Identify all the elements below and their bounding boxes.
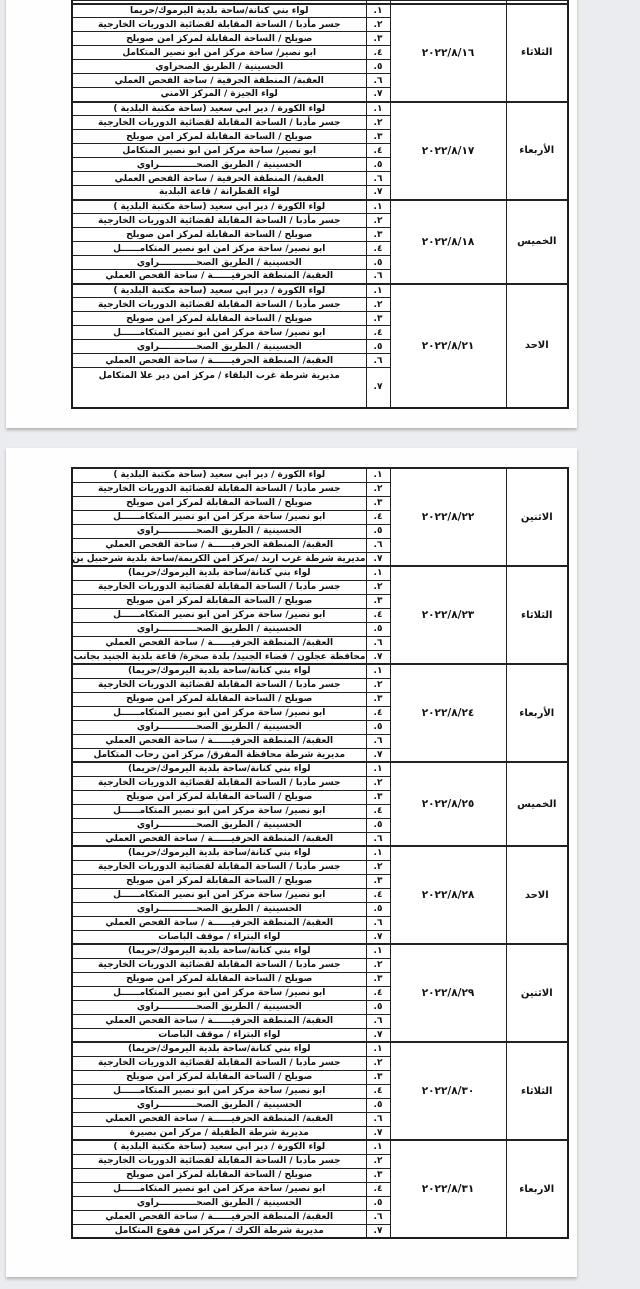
row-number-cell: ٤. [366,1182,390,1196]
row-number-cell: ٣. [366,972,390,986]
date-cell: ٢٠٢٢/٨/٣٠ [390,1042,506,1140]
schedule-row: الخميس٢٠٢٢/٨/٢٥١.لواء بني كنانة/ساحة بلد… [72,762,568,776]
row-number-cell: ٢. [366,116,390,130]
schedule-row: الاحد٢٠٢٢/٨/٢٨١.لواء بني كنانة/ساحة بلدي… [72,846,568,860]
row-number-cell: ١. [366,200,390,214]
row-number-cell: ٦. [366,636,390,650]
row-number-cell: ٤. [366,1084,390,1098]
date-cell: ٢٠٢٢/٨/٣١ [390,1140,506,1238]
row-number-cell: ٤. [366,46,390,60]
location-cell: صويلح / الساحة المقابلة لمركز امن صويلح [72,228,366,242]
row-number-cell: ٣. [366,790,390,804]
row-number-cell: ٢. [366,678,390,692]
row-number-cell: ٧. [366,1126,390,1140]
row-number-cell: ٥. [366,60,390,74]
location-cell: لواء القطرانة / قاعة البلدية [72,186,366,200]
row-number-cell: ٢. [366,298,390,312]
row-number-cell: ٥. [366,524,390,538]
location-cell: ابو نصير/ ساحة مركز امن ابو نصير المتكام… [72,1084,366,1098]
day-cell: الاحد [506,846,568,944]
location-cell: العقبة/ المنطقة الحرفيــــــة / ساحة الف… [72,1210,366,1224]
day-cell: الاربعاء [506,1140,568,1238]
row-number-cell: ٧. [366,368,390,408]
date-cell: ٢٠٢٢/٨/١٦ [390,4,506,102]
location-cell: لواء الكورة / دير ابي سعيد (ساحة مكتبة ا… [72,200,366,214]
date-cell: ٢٠٢٢/٨/١٧ [390,102,506,200]
location-cell: لواء بني كنانة/ساحة بلدية اليرموك/حريما) [72,846,366,860]
schedule-row: الاثنين٢٠٢٢/٨/٢٢١.لواء الكورة / دير ابي … [72,468,568,482]
schedule-row: الثلاثاء٢٠٢٢/٨/١٦١.لواء بني كنانة/ساحة ب… [72,4,568,18]
scanned-page-2: الاثنين٢٠٢٢/٨/٢٢١.لواء الكورة / دير ابي … [6,448,577,1277]
day-cell: الأربعاء [506,664,568,762]
location-cell: ابو نصير/ ساحة مركز امن ابو نصير المتكام… [72,242,366,256]
location-cell: لواء البتراء / موقف الباصات [72,930,366,944]
row-number-cell: ١. [366,102,390,116]
location-cell: العقبة/ المنطقة الحرفيــــــة / ساحة الف… [72,1014,366,1028]
location-cell: لواء الكورة / دير ابي سعيد (ساحة مكتبة ا… [72,1140,366,1154]
location-cell: لواء بني كنانة/ساحة بلدية اليرموك/حريما) [72,566,366,580]
row-number-cell: ٦. [366,172,390,186]
location-cell: لواء بني كنانة/ساحة بلدية اليرموك/حريما) [72,762,366,776]
row-number-cell: ٢. [366,1154,390,1168]
row-number-cell: ٤. [366,242,390,256]
row-number-cell: ٥. [366,622,390,636]
row-number-cell: ٢. [366,1056,390,1070]
location-cell: صويلح / الساحة المقابلة لمركز امن صويلح [72,130,366,144]
row-number-cell: ٣. [366,312,390,326]
row-number-cell: ١. [366,468,390,482]
location-cell: الحسينية / الطريق الصحــــــــــــراوي [72,1000,366,1014]
schedule-table-week2: الاثنين٢٠٢٢/٨/٢٢١.لواء الكورة / دير ابي … [71,467,569,1239]
row-number-cell: ١. [366,1140,390,1154]
row-number-cell: ٥. [366,256,390,270]
location-cell: جسر مأدبا / الساحة المقابلة لقضائية الدو… [72,116,366,130]
day-cell: الخميس [506,200,568,284]
location-cell: العقبة/ المنطقة الحرفية / ساحة الفحص الع… [72,172,366,186]
location-cell: الحسينية / الطريق الصحــــــــــــراوي [72,1196,366,1210]
row-number-cell: ٤. [366,608,390,622]
date-cell: ٢٠٢٢/٨/٢١ [390,284,506,408]
row-number-cell: ٤. [366,326,390,340]
location-cell: العقبة/ المنطقة الحرفيــــــة / ساحة الف… [72,270,366,284]
location-cell: ابو نصير/ ساحة مركز امن ابو نصير المتكام… [72,706,366,720]
row-number-cell: ٤. [366,706,390,720]
row-number-cell: ٥. [366,340,390,354]
row-number-cell: ١. [366,4,390,18]
location-cell: العقبة/ المنطقة الحرفيــــــة / ساحة الف… [72,354,366,368]
row-number-cell: ٦. [366,1014,390,1028]
location-cell: لواء بني كنانة/ساحة بلدية اليرموك/حريما) [72,664,366,678]
day-cell: الاثنين [506,468,568,566]
date-cell: ٢٠٢٢/٨/٢٨ [390,846,506,944]
row-number-cell: ١. [366,664,390,678]
location-cell: العقبة/ المنطقة الحرفيــــــة / ساحة الف… [72,538,366,552]
location-cell: جسر مأدبا / الساحة المقابلة لقضائية الدو… [72,1056,366,1070]
row-number-cell: ٢. [366,214,390,228]
row-number-cell: ٣. [366,228,390,242]
day-cell: الثلاثاء [506,4,568,102]
date-cell: ٢٠٢٢/٨/٢٩ [390,944,506,1042]
row-number-cell: ٥. [366,1098,390,1112]
location-cell: الحسينية / الطريق الصحــــــــــــراوي [72,1098,366,1112]
location-cell: مديرية شرطة الطفيلة / مركز امن بصيرة [72,1126,366,1140]
row-number-cell: ٤. [366,986,390,1000]
location-cell: صويلح / الساحة المقابلة لمركز امن صويلح [72,594,366,608]
location-cell: الحسينية / الطريق الصحــــــــــــراوي [72,818,366,832]
row-number-cell: ٦. [366,734,390,748]
location-cell: صويلح / الساحة المقابلة لمركز امن صويلح [72,312,366,326]
location-cell: العقبة/ المنطقة الحرفيــــــة / ساحة الف… [72,916,366,930]
row-number-cell: ٦. [366,74,390,88]
location-cell: لواء بني كنانة/ساحة بلدية اليرموك/حريما) [72,944,366,958]
schedule-row: الثلاثاء٢٠٢٢/٨/٣٠١.لواء بني كنانة/ساحة ب… [72,1042,568,1056]
row-number-cell: ٦. [366,832,390,846]
location-cell: جسر مأدبا / الساحة المقابلة لقضائية الدو… [72,776,366,790]
row-number-cell: ١. [366,1042,390,1056]
row-number-cell: ٦. [366,354,390,368]
row-number-cell: ٢. [366,860,390,874]
row-number-cell: ١. [366,944,390,958]
row-number-cell: ٣. [366,496,390,510]
location-cell: صويلح / الساحة المقابلة لمركز امن صويلح [72,972,366,986]
date-cell: ٢٠٢٢/٨/٢٥ [390,762,506,846]
date-cell: ٢٠٢٢/٨/٢٢ [390,468,506,566]
location-cell: العقبة/ المنطقة الحرفيــــــة / ساحة الف… [72,1112,366,1126]
location-cell: الحسينية / الطريق الصحــــــــــــراوي [72,158,366,172]
location-cell: صويلح / الساحة المقابلة لمركز امن صويلح [72,1168,366,1182]
row-number-cell: ٢. [366,580,390,594]
row-number-cell: ١. [366,566,390,580]
location-cell: صويلح / الساحة المقابلة لمركز امن صويلح [72,32,366,46]
row-number-cell: ٧. [366,650,390,664]
schedule-row: الثلاثاء٢٠٢٢/٨/٢٣١.لواء بني كنانة/ساحة ب… [72,566,568,580]
day-cell: الثلاثاء [506,566,568,664]
row-number-cell: ٥. [366,1196,390,1210]
row-number-cell: ٤. [366,804,390,818]
location-cell: ابو نصير/ ساحة مركز امن ابو نصير المتكام… [72,510,366,524]
location-cell: العقبة/ المنطقة الحرفيــــــة / ساحة الف… [72,734,366,748]
location-cell: جسر مأدبا / الساحة المقابلة لقضائية الدو… [72,958,366,972]
location-cell: صويلح / الساحة المقابلة لمركز امن صويلح [72,1070,366,1084]
document-viewer: الثلاثاء٢٠٢٢/٨/١٦١.لواء بني كنانة/ساحة ب… [0,0,640,1289]
schedule-row: الأربعاء٢٠٢٢/٨/١٧١.لواء الكورة / دير ابي… [72,102,568,116]
row-number-cell: ٥. [366,818,390,832]
location-cell: محافظة عجلون / قضاء الجنيد/ بلدة صخرة/ ق… [72,650,366,664]
location-cell: صويلح / الساحة المقابلة لمركز امن صويلح [72,874,366,888]
row-number-cell: ٤. [366,144,390,158]
location-cell: الحسينية / الطريق الصحــــــــــــراوي [72,340,366,354]
row-number-cell: ٣. [366,692,390,706]
location-cell: جسر مأدبا / الساحة المقابلة لقضائية الدو… [72,214,366,228]
location-cell: لواء بني كنانة/ساحة بلدية اليرموك/حريما) [72,1042,366,1056]
schedule-row: الاحد٢٠٢٢/٨/٢١١.لواء الكورة / دير ابي سع… [72,284,568,298]
location-cell: لواء البتراء / موقف الباصات [72,1028,366,1042]
schedule-row: الاربعاء٢٠٢٢/٨/٣١١.لواء الكورة / دير ابي… [72,1140,568,1154]
row-number-cell: ٧. [366,1224,390,1238]
location-cell: لواء بني كنانة/ساحة بلدية اليرموك/حريما [72,4,366,18]
location-cell: صويلح / الساحة المقابلة لمركز امن صويلح [72,790,366,804]
row-number-cell: ٣. [366,1168,390,1182]
location-cell: جسر مأدبا / الساحة المقابلة لقضائية الدو… [72,18,366,32]
row-number-cell: ١. [366,762,390,776]
row-number-cell: ٦. [366,1112,390,1126]
schedule-row: الأربعاء٢٠٢٢/٨/٢٤١.لواء بني كنانة/ساحة ب… [72,664,568,678]
row-number-cell: ٢. [366,482,390,496]
location-cell: جسر مأدبا / الساحة المقابلة لقضائية الدو… [72,678,366,692]
day-cell: الاثنين [506,944,568,1042]
date-cell: ٢٠٢٢/٨/٢٣ [390,566,506,664]
row-number-cell: ٤. [366,888,390,902]
schedule-row: الاثنين٢٠٢٢/٨/٢٩١.لواء بني كنانة/ساحة بل… [72,944,568,958]
location-cell: لواء الكورة / دير ابي سعيد (ساحة مكتبة ا… [72,284,366,298]
day-cell: الخميس [506,762,568,846]
location-cell: مديرية شرطة غرب البلقاء / مركز امن دير ع… [72,368,366,408]
schedule-row: الخميس٢٠٢٢/٨/١٨١.لواء الكورة / دير ابي س… [72,200,568,214]
row-number-cell: ٢. [366,776,390,790]
location-cell: الحسينية / الطريق الصحــــــــــــراوي [72,524,366,538]
scanned-page-1: الثلاثاء٢٠٢٢/٨/١٦١.لواء بني كنانة/ساحة ب… [6,0,577,428]
location-cell: مديرية شرطة غرب اربد /مركز امن الكريمة/س… [72,552,366,566]
location-cell: الحسينية / الطريق الصحــــــــــــراوي [72,256,366,270]
location-cell: مديرية شرطة الكرك / مركز امن فقوع المتكا… [72,1224,366,1238]
location-cell: العقبة/ المنطقة الحرفيــــــة / ساحة الف… [72,832,366,846]
date-cell: ٢٠٢٢/٨/١٨ [390,200,506,284]
location-cell: الحسينية / الطريق الصحــــــــــــراوي [72,622,366,636]
row-number-cell: ٣. [366,874,390,888]
location-cell: الحسينية / الطريق الصحــــــــــــراوي [72,720,366,734]
location-cell: صويلح / الساحة المقابلة لمركز امن صويلح [72,496,366,510]
row-number-cell: ٧. [366,552,390,566]
location-cell: صويلح / الساحة المقابلة لمركز امن صويلح [72,692,366,706]
row-number-cell: ٧. [366,1028,390,1042]
location-cell: الحسينية / الطريق الصحــــــــــــراوي [72,902,366,916]
location-cell: ابو نصير/ ساحة مركز امن ابو نصير المتكام… [72,1182,366,1196]
location-cell: ابو نصير/ ساحة مركز امن ابو نصير المتكام… [72,608,366,622]
location-cell: الحسينية / الطريق الصحراوي [72,60,366,74]
row-number-cell: ٧. [366,748,390,762]
row-number-cell: ٣. [366,594,390,608]
location-cell: لواء الكورة / دير ابي سعيد (ساحة مكتبة ا… [72,102,366,116]
row-number-cell: ٧. [366,930,390,944]
row-number-cell: ٥. [366,902,390,916]
row-number-cell: ٧. [366,88,390,102]
location-cell: لواء الجيزة / المركز الامني [72,88,366,102]
row-number-cell: ٦. [366,270,390,284]
row-number-cell: ١. [366,284,390,298]
location-cell: ابو نصير/ ساحة مركز امن ابو نصير المتكام… [72,888,366,902]
row-number-cell: ٢. [366,18,390,32]
location-cell: ابو نصير/ ساحة مركز امن ابو نصير المتكام… [72,144,366,158]
row-number-cell: ٣. [366,1070,390,1084]
location-cell: جسر مأدبا / الساحة المقابلة لقضائية الدو… [72,1154,366,1168]
row-number-cell: ٣. [366,130,390,144]
location-cell: العقبة/ المنطقة الحرفيــــــة / ساحة الف… [72,636,366,650]
location-cell: مديرية شرطة محافظة المفرق/ مركز امن رحاب… [72,748,366,762]
date-cell: ٢٠٢٢/٨/٢٤ [390,664,506,762]
row-number-cell: ٥. [366,1000,390,1014]
schedule-table-week1: الثلاثاء٢٠٢٢/٨/١٦١.لواء بني كنانة/ساحة ب… [71,0,569,409]
location-cell: العقبة/ المنطقة الحرفية / ساحة الفحص الع… [72,74,366,88]
location-cell: ابو نصير/ ساحة مركز امن ابو نصير المتكام… [72,46,366,60]
location-cell: ابو نصير/ ساحة مركز امن ابو نصير المتكام… [72,326,366,340]
location-cell: ابو نصير/ ساحة مركز امن ابو نصير المتكام… [72,804,366,818]
row-number-cell: ٣. [366,32,390,46]
location-cell: جسر مأدبا / الساحة المقابلة لقضائية الدو… [72,580,366,594]
row-number-cell: ٦. [366,916,390,930]
row-number-cell: ٥. [366,720,390,734]
day-cell: الثلاثاء [506,1042,568,1140]
row-number-cell: ٦. [366,1210,390,1224]
row-number-cell: ٦. [366,538,390,552]
row-number-cell: ١. [366,846,390,860]
row-number-cell: ٧. [366,186,390,200]
day-cell: الأربعاء [506,102,568,200]
location-cell: جسر مأدبا / الساحة المقابلة لقضائية الدو… [72,860,366,874]
day-cell: الاحد [506,284,568,408]
location-cell: لواء الكورة / دير ابي سعيد (ساحة مكتبة ا… [72,468,366,482]
location-cell: جسر مأدبا / الساحة المقابلة لقضائية الدو… [72,482,366,496]
row-number-cell: ٢. [366,958,390,972]
location-cell: ابو نصير/ ساحة مركز امن ابو نصير المتكام… [72,986,366,1000]
row-number-cell: ٥. [366,158,390,172]
location-cell: جسر مأدبا / الساحة المقابلة لقضائية الدو… [72,298,366,312]
row-number-cell: ٤. [366,510,390,524]
